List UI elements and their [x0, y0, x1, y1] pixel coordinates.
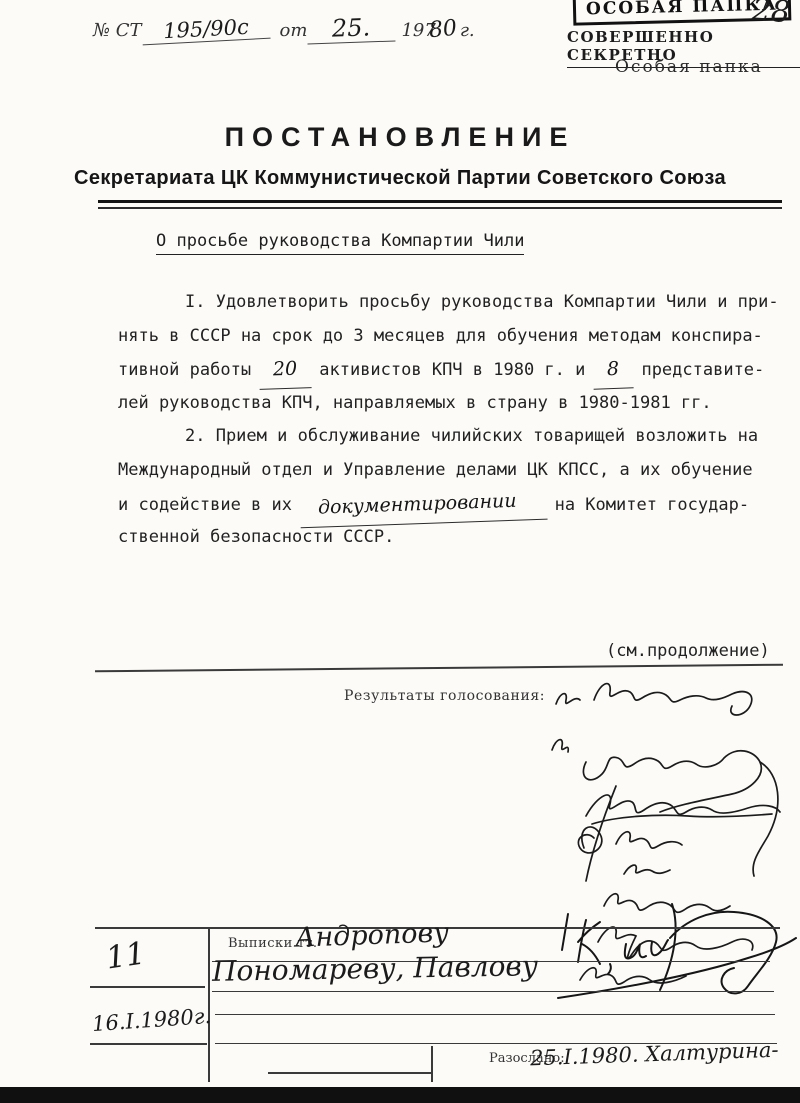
body-line-text: и содействие в их: [118, 489, 292, 523]
body-line: нять в СССР на срок до 3 месяцев для обу…: [118, 320, 790, 354]
body-line-text: представите-: [641, 354, 764, 388]
body-line-text: активистов КПЧ в 1980 г. и: [319, 354, 585, 388]
table-short-vertical-rule: [431, 1046, 433, 1082]
body-line: Международный отдел и Управление делами …: [118, 454, 790, 488]
signature-scribble: [592, 814, 772, 824]
body-line-text: на Комитет государ-: [555, 489, 749, 523]
signature-scribble: [586, 786, 616, 881]
signature-scribble: [594, 684, 752, 715]
signature-scribble: [558, 938, 796, 998]
document-page: № СТ 195/90с от 25. 197 80 г. ОСОБАЯ ПАП…: [0, 0, 800, 1103]
body-line-text: 2. Прием и обслуживание чилийских товари…: [185, 420, 758, 454]
body-line-text: нять в СССР на срок до 3 месяцев для обу…: [118, 320, 763, 354]
body-line: лей руководства КПЧ, направляемых в стра…: [118, 387, 790, 421]
body-text: I. Удовлетворить просьбу руководства Ком…: [118, 286, 790, 555]
excerpt-name-handwritten: Андропову: [295, 917, 450, 953]
signature-scribble: [556, 694, 580, 704]
body-line-text: I. Удовлетворить просьбу руководства Ком…: [185, 286, 779, 320]
doc-number-handwritten: 195/90с: [141, 14, 270, 46]
copies-count-handwritten: 11: [104, 935, 148, 976]
body-line: и содействие в ихдокументированиина Коми…: [118, 488, 790, 522]
signature-scribble: [608, 964, 611, 974]
doc-number-line: № СТ 195/90с от 25. 197 80 г.: [93, 14, 475, 43]
signature-scribble: [616, 832, 682, 848]
continuation-note: (см.продолжение): [606, 641, 770, 661]
document-subtitle: Секретариата ЦК Коммунистической Партии …: [56, 167, 744, 190]
signature-scribble: [624, 865, 670, 874]
prepared-date-handwritten: 16.I.1980г.: [91, 1004, 211, 1036]
signature-scribble: [625, 940, 668, 958]
body-line: ственной безопасности СССР.: [118, 521, 790, 555]
table-short-rule: [268, 1072, 432, 1074]
title-divider-rule: [98, 200, 782, 209]
body-line-text: тивной работы: [118, 354, 251, 388]
body-line: I. Удовлетворить просьбу руководства Ком…: [118, 286, 790, 320]
special-folder-stamp-text: ОСОБАЯ ПАПКА: [586, 0, 778, 19]
table-row-rule: [212, 991, 774, 992]
body-line-text: Международный отдел и Управление делами …: [118, 454, 753, 488]
doc-from-label: от: [280, 20, 308, 41]
voting-results-label: Результаты голосования:: [344, 688, 545, 704]
doc-year-suffix: г.: [460, 20, 475, 41]
date-underline: [90, 1043, 207, 1045]
count-representatives-handwritten: 8: [593, 352, 634, 389]
count-activists-handwritten: 20: [258, 352, 311, 389]
table-row-rule: [215, 1014, 775, 1015]
body-line: тивной работы20активистов КПЧ в 1980 г. …: [118, 353, 790, 387]
subject-line: О просьбе руководства Компартии Чили: [156, 231, 524, 255]
copies-underline: [90, 986, 205, 988]
doc-number-prefix: № СТ: [93, 20, 142, 41]
doc-day-handwritten: 25.: [307, 12, 396, 44]
special-folder-label: Особая папка: [615, 57, 763, 77]
excerpt-names-handwritten: Пономареву, Павлову: [212, 949, 538, 988]
signature-scribble: [552, 740, 568, 752]
signature-scribble: [562, 914, 568, 950]
document-title: ПОСТАНОВЛЕНИЕ: [0, 122, 800, 153]
signature-scribble: [578, 827, 601, 853]
body-line-text: лей руководства КПЧ, направляемых в стра…: [118, 387, 712, 421]
signature-scribble: [670, 912, 777, 994]
body-line-text: ственной безопасности СССР.: [118, 521, 394, 555]
scan-edge-bar: [0, 1087, 800, 1103]
sheet-number-handwritten: 28: [751, 0, 792, 30]
body-line: 2. Прием и обслуживание чилийских товари…: [118, 420, 790, 454]
doc-year-handwritten: 80: [428, 16, 458, 44]
